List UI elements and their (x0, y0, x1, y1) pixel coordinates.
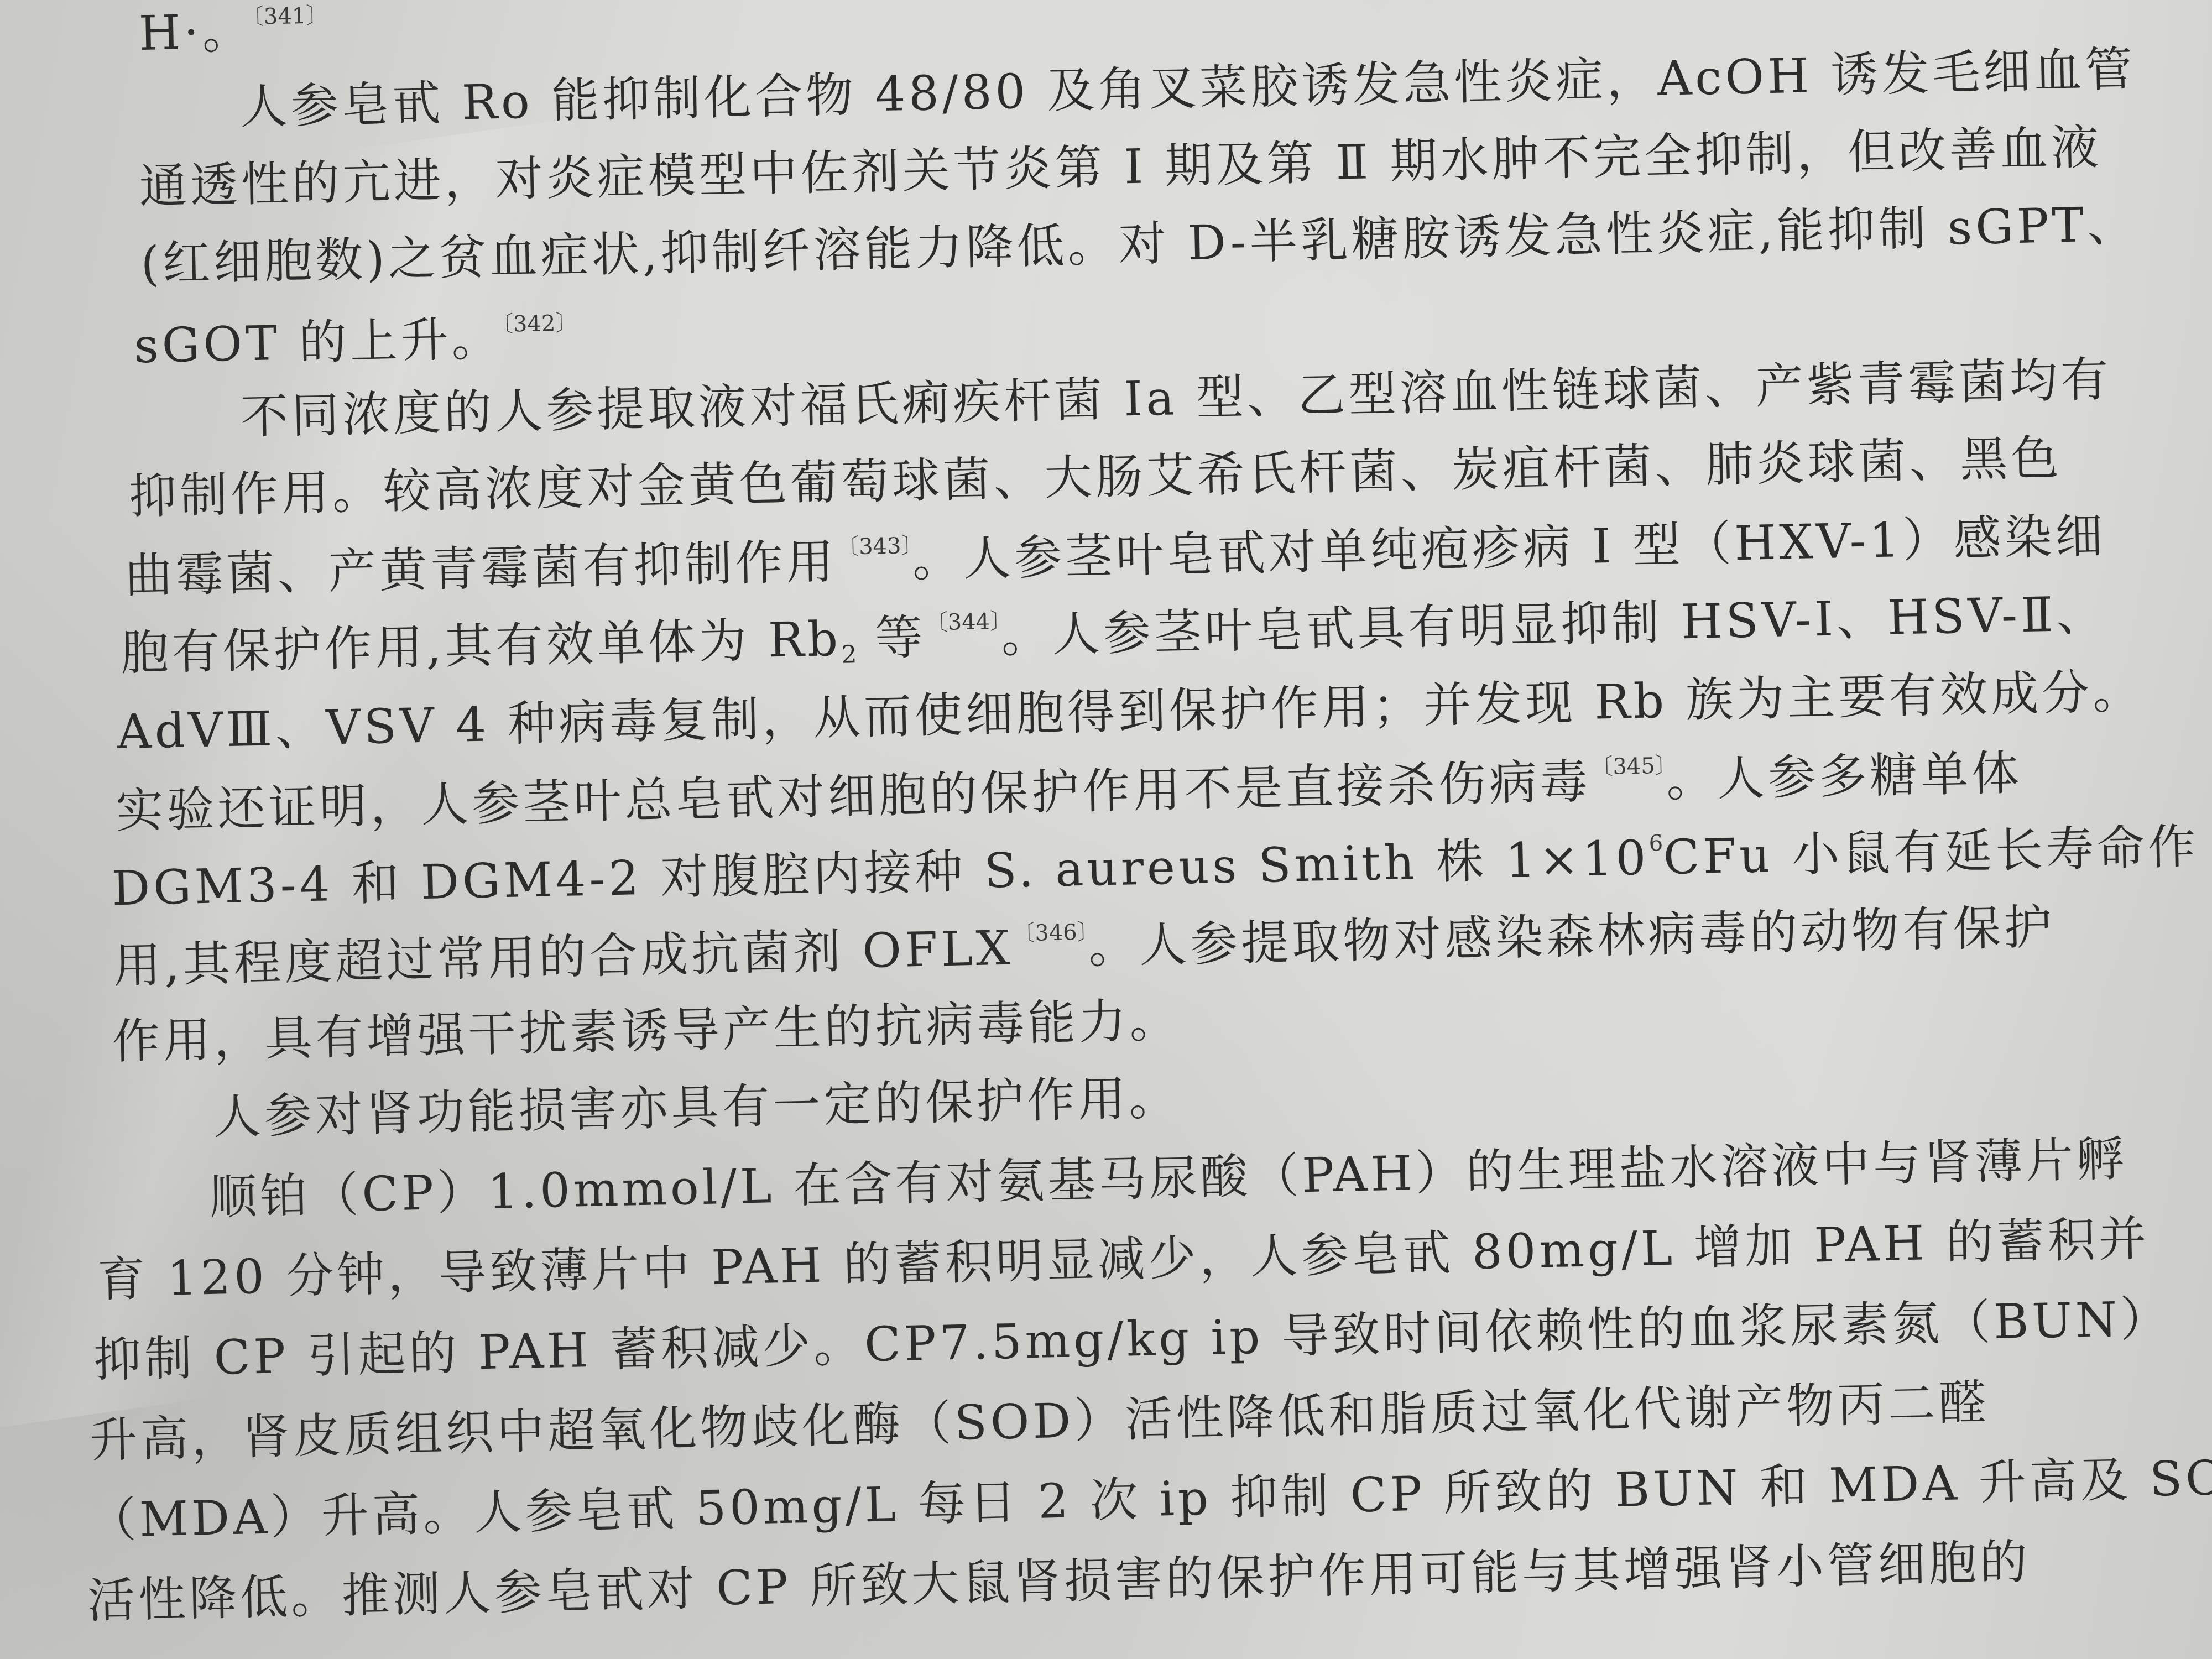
text-run: 不同浓度的人参提取液对福氏痢疾杆菌 Ⅰa 型、乙型溶血性链球菌、产紫青霉菌均有 (240, 352, 2112, 445)
text-run: sGOT 的上升。 (134, 311, 503, 374)
text-line: 顺铂（CP）1.0mmol/L 在含有对氨基马尿酸（PAH）的生理盐水溶液中与肾… (209, 1135, 2128, 1222)
text-run: CFu 小鼠有延长寿命作 (1663, 820, 2199, 885)
book-page-photo: H·。〔341〕人参皂甙 Ro 能抑制化合物 48/80 及角叉菜胶诱发急性炎症… (0, 0, 2212, 1659)
text-run: 用,其程度超过常用的合成抗菌剂 OFLX (113, 921, 1014, 994)
citation-superscript: 〔346〕 (1013, 920, 1088, 947)
text-run: 等 (856, 610, 926, 666)
text-run: H·。 (138, 4, 253, 61)
text-run: 育 120 分钟，导致薄片中 PAH 的蓄积明显减少，人参皂甙 80mg/L 增… (97, 1211, 2150, 1307)
text-line: （MDA）升高。人参皂甙 50mg/L 每日 2 次 ip 抑制 CP 所致的 … (88, 1453, 2212, 1545)
text-run: 抑制 CP 引起的 PAH 蓄积减少。CP7.5mg/kg ip 导致时间依赖性… (93, 1291, 2172, 1388)
text-run: 。人参茎叶皂甙具有明显抑制 HSV-Ⅰ、HSV-Ⅱ、 (1001, 586, 2108, 664)
text-line: 通透性的亢进，对炎症模型中佐剂关节炎第 Ⅰ 期及第 Ⅱ 期水肿不完全抑制，但改善… (139, 124, 2103, 211)
text-run: 。人参提取物对感染森林病毒的动物有保护 (1088, 900, 2056, 974)
text-run: 作用，具有增强干扰素诱导产生的抗病毒能力。 (112, 993, 1181, 1070)
text-run: （MDA）升高。人参皂甙 50mg/L 每日 2 次 ip 抑制 CP 所致的 … (88, 1449, 2212, 1548)
text-line: AdVⅢ、VSV 4 种病毒复制，从而使细胞得到保护作用；并发现 Rb 族为主要… (117, 667, 2144, 756)
text-run: AdVⅢ、VSV 4 种病毒复制，从而使细胞得到保护作用；并发现 Rb 族为主要… (117, 664, 2144, 760)
text-line: 人参皂甙 Ro 能抑制化合物 48/80 及角叉菜胶诱发急性炎症，AcOH 诱发… (239, 46, 2136, 132)
text-line: 用,其程度超过常用的合成抗菌剂 OFLX〔346〕。人参提取物对感染森林病毒的动… (113, 902, 2056, 990)
text-run: 曲霉菌、产黄青霉菌有抑制作用 (124, 534, 838, 604)
text-run: 抑制作用。较高浓度对金黄色葡萄球菌、大肠艾希氏杆菌、炭疽杆菌、肺炎球菌、黑色 (128, 430, 2062, 524)
text-line: 抑制 CP 引起的 PAH 蓄积减少。CP7.5mg/kg ip 导致时间依赖性… (93, 1295, 2172, 1384)
text-run: 实验还证明，人参茎叶总皂甙对细胞的保护作用不是直接杀伤病毒 (115, 754, 1591, 839)
text-line: 不同浓度的人参提取液对福氏痢疾杆菌 Ⅰa 型、乙型溶血性链球菌、产紫青霉菌均有 (240, 356, 2112, 441)
citation-superscript: 〔341〕 (253, 3, 328, 30)
text-line: sGOT 的上升。〔342〕 (134, 312, 578, 370)
text-line: 实验还证明，人参茎叶总皂甙对细胞的保护作用不是直接杀伤病毒〔345〕。人参多糖单… (116, 748, 2023, 835)
text-run: 胞有保护作用,其有效单体为 Rb (121, 612, 842, 681)
text-line: 活性降低。推测人参皂甙对 CP 所致大鼠肾损害的保护作用可能与其增强肾小管细胞的 (87, 1538, 2031, 1625)
citation-superscript: 〔342〕 (502, 310, 578, 337)
text-line: 抑制作用。较高浓度对金黄色葡萄球菌、大肠艾希氏杆菌、炭疽杆菌、肺炎球菌、黑色 (128, 434, 2062, 520)
text-line: 作用，具有增强干扰素诱导产生的抗病毒能力。 (112, 997, 1181, 1066)
citation-superscript: 〔344〕 (925, 609, 1001, 636)
text-run: 人参皂甙 Ro 能抑制化合物 48/80 及角叉菜胶诱发急性炎症，AcOH 诱发… (239, 42, 2136, 135)
text-run: 升高，肾皮质组织中超氧化物歧化酶（SOD）活性降低和脂质过氧化代谢产物丙二醛 (89, 1375, 1990, 1468)
text-run: 通透性的亢进，对炎症模型中佐剂关节炎第 Ⅰ 期及第 Ⅱ 期水肿不完全抑制，但改善… (139, 120, 2103, 215)
text-line: 人参对肾功能损害亦具有一定的保护作用。 (213, 1074, 1180, 1141)
text-run: (红细胞数)之贫血症状,抑制纤溶能力降低。对 D-半乳糖胺诱发急性炎症,能抑制 … (140, 197, 2138, 292)
text-line: 升高，肾皮质组织中超氧化物歧化酶（SOD）活性降低和脂质过氧化代谢产物丙二醛 (89, 1379, 1990, 1464)
text-line: DGM3-4 和 DGM4-2 对腹腔内接种 S. aureus Smith 株… (111, 822, 2199, 913)
text-run: 。人参茎叶皂甙对单纯疱疹病 Ⅰ 型（HXV-1）感染细 (912, 509, 2106, 588)
text-line: 胞有保护作用,其有效单体为 Rb2 等〔344〕。人参茎叶皂甙具有明显抑制 HS… (121, 588, 2108, 682)
text-line: 育 120 分钟，导致薄片中 PAH 的蓄积明显减少，人参皂甙 80mg/L 增… (97, 1215, 2150, 1303)
text-line: (红细胞数)之贫血症状,抑制纤溶能力降低。对 D-半乳糖胺诱发急性炎症,能抑制 … (140, 200, 2138, 288)
text-run: 。人参多糖单体 (1666, 745, 2023, 808)
body-text: H·。〔341〕人参皂甙 Ro 能抑制化合物 48/80 及角叉菜胶诱发急性炎症… (0, 0, 2212, 1658)
text-run: 活性降低。推测人参皂甙对 CP 所致大鼠肾损害的保护作用可能与其增强肾小管细胞的 (87, 1535, 2031, 1629)
text-run: DGM3-4 和 DGM4-2 对腹腔内接种 S. aureus Smith 株… (111, 830, 1650, 916)
citation-superscript: 〔345〕 (1590, 753, 1666, 780)
text-line: 曲霉菌、产黄青霉菌有抑制作用〔343〕。人参茎叶皂甙对单纯疱疹病 Ⅰ 型（HXV… (124, 511, 2106, 600)
text-run: 顺铂（CP）1.0mmol/L 在含有对氨基马尿酸（PAH）的生理盐水溶液中与肾… (209, 1131, 2128, 1225)
citation-superscript: 〔343〕 (837, 533, 912, 560)
text-line: H·。〔341〕 (138, 4, 328, 58)
text-run: 人参对肾功能损害亦具有一定的保护作用。 (213, 1071, 1181, 1145)
subscript: 2 (841, 640, 857, 669)
citation-superscript: 6 (1648, 831, 1663, 857)
